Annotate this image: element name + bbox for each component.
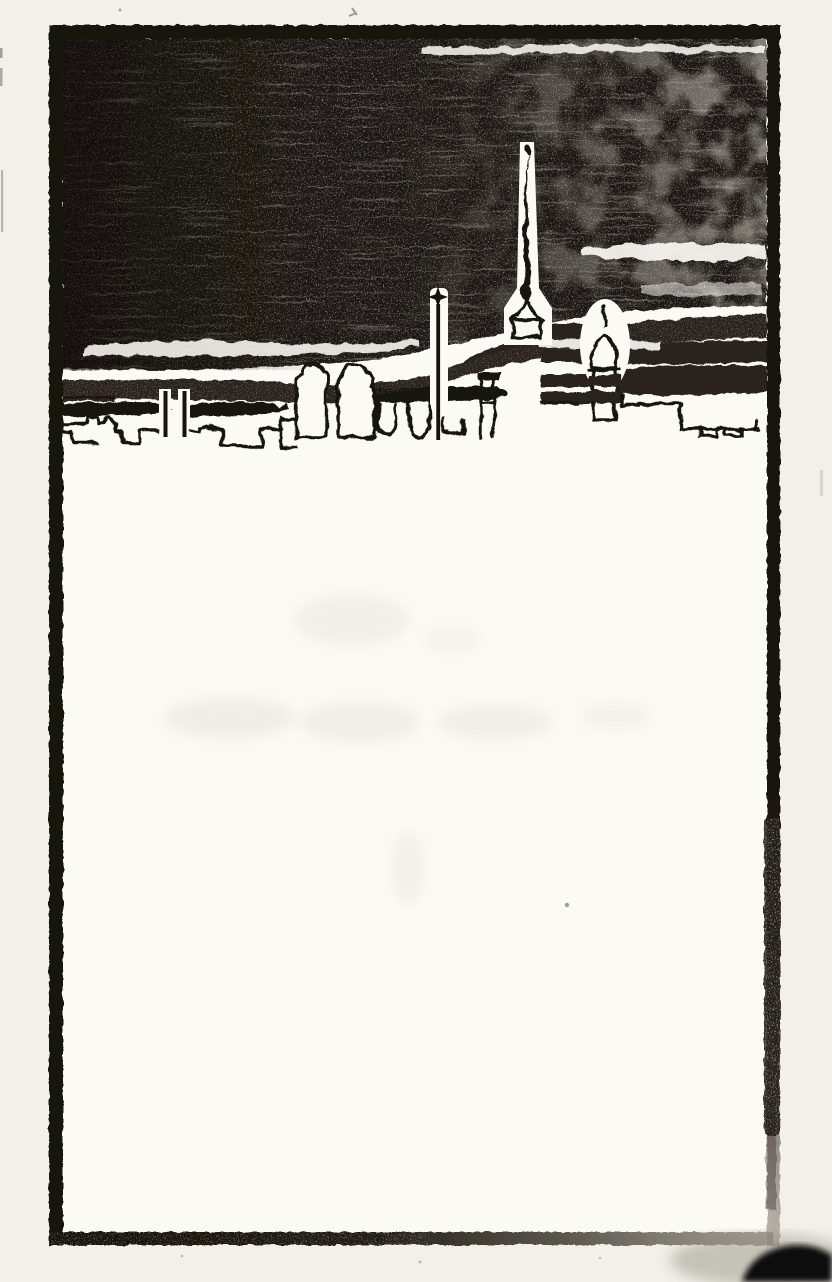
spire-tower [512, 320, 541, 338]
embankment-band [62, 38, 767, 403]
tree-clump [295, 365, 328, 437]
frame-bottom-texture [49, 1232, 429, 1245]
book-cover-scan: Scanned book cover with woodcut skyline … [0, 0, 832, 1282]
frame-left [49, 25, 63, 1246]
flagpole [436, 304, 440, 440]
tree-clump [337, 367, 377, 437]
steeple-spike [603, 310, 606, 326]
band-right-low [616, 365, 767, 395]
woodcut-print [62, 38, 767, 447]
spire-tip [524, 143, 529, 157]
ink-speck [565, 903, 569, 907]
frame-top [49, 25, 771, 39]
bell-dome [592, 336, 617, 368]
scanned-page: Scanned book cover with woodcut skyline … [0, 0, 832, 1282]
mast [164, 391, 168, 437]
mast [183, 391, 187, 437]
